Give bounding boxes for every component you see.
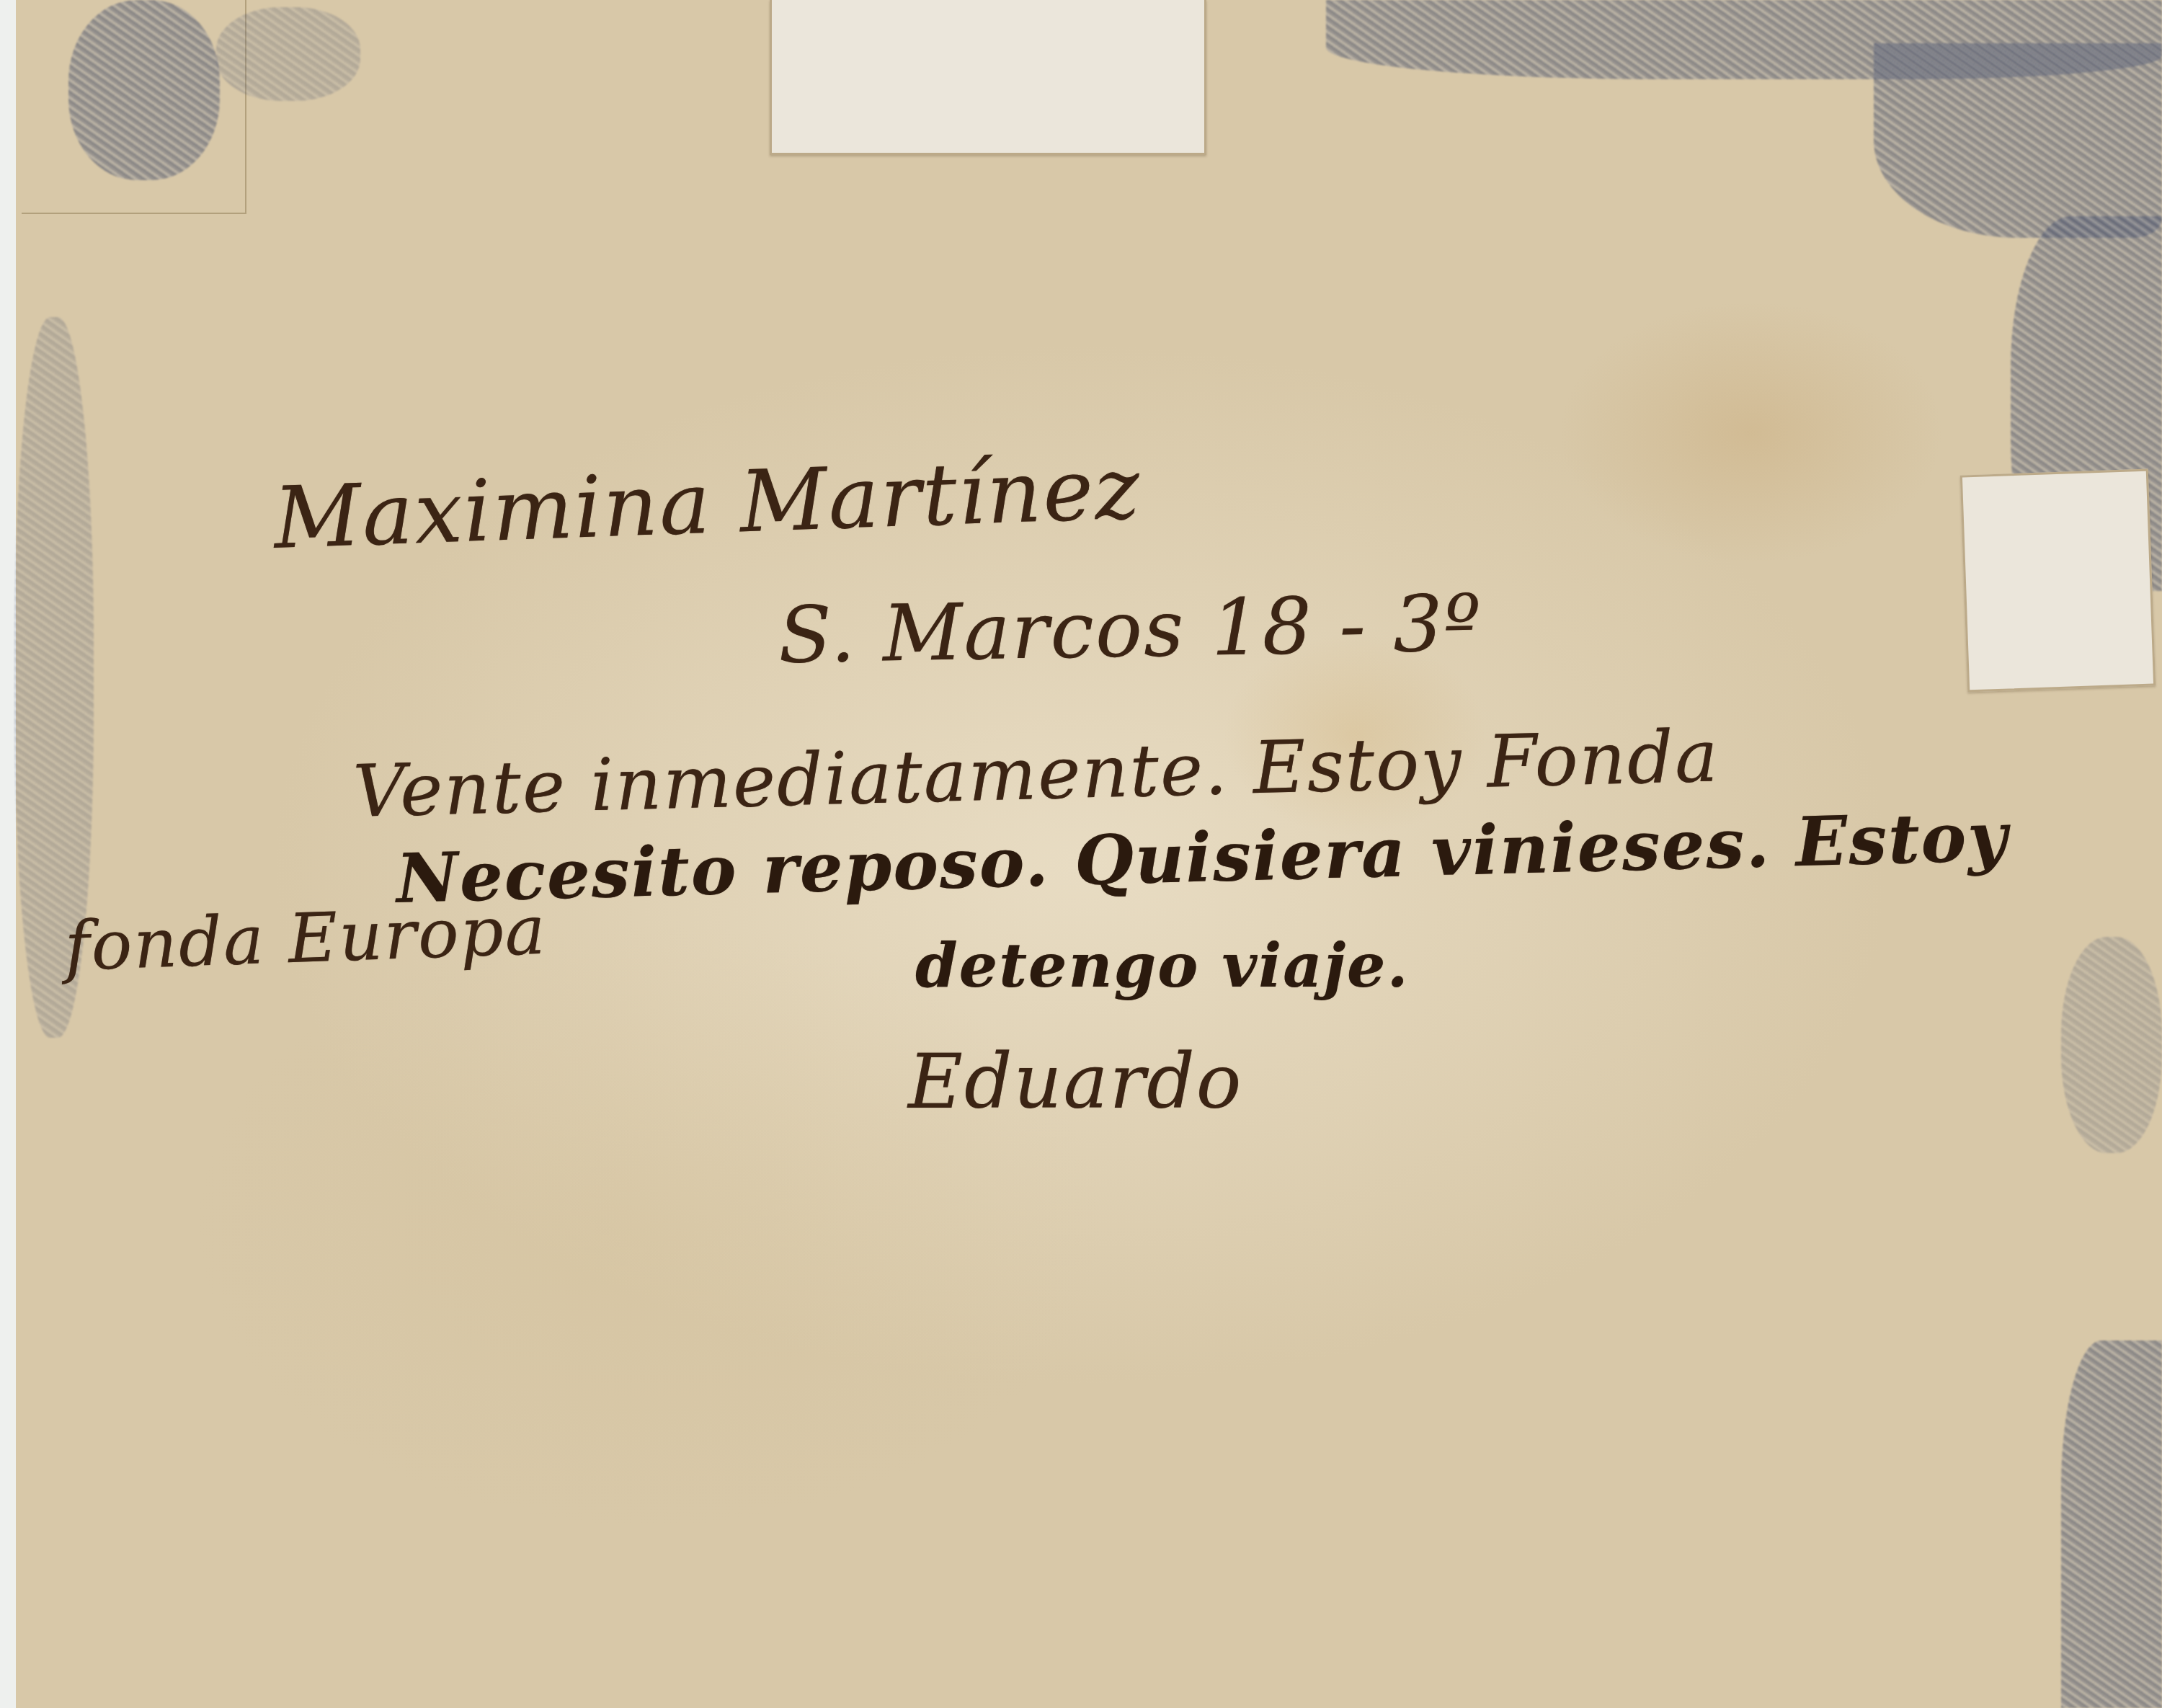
blue-fiber-residue-right-column [1874, 43, 2162, 238]
message-line-4: detengo viaje. [915, 930, 1410, 1001]
signature: Eduardo [908, 1038, 1242, 1126]
message-line-3: fonda Europa [63, 891, 548, 987]
addressee-name: Maximina Martínez [272, 438, 1143, 568]
mount-board-edge [0, 0, 16, 1708]
aged-paper-sheet: Maximina Martínez S. Marcos 18 - 3º Vent… [0, 0, 2162, 1708]
paper-hinge-patch-right [1960, 469, 2156, 693]
blue-fiber-residue-top-left-trail [216, 7, 360, 101]
blue-fiber-residue-top-left [68, 0, 220, 180]
blue-fiber-residue-bottom-right [2061, 1340, 2162, 1708]
blue-fiber-residue-bottom-right-upper [2061, 937, 2162, 1153]
paper-hinge-patch-top [770, 0, 1206, 155]
addressee-address: S. Marcos 18 - 3º [778, 579, 1483, 681]
